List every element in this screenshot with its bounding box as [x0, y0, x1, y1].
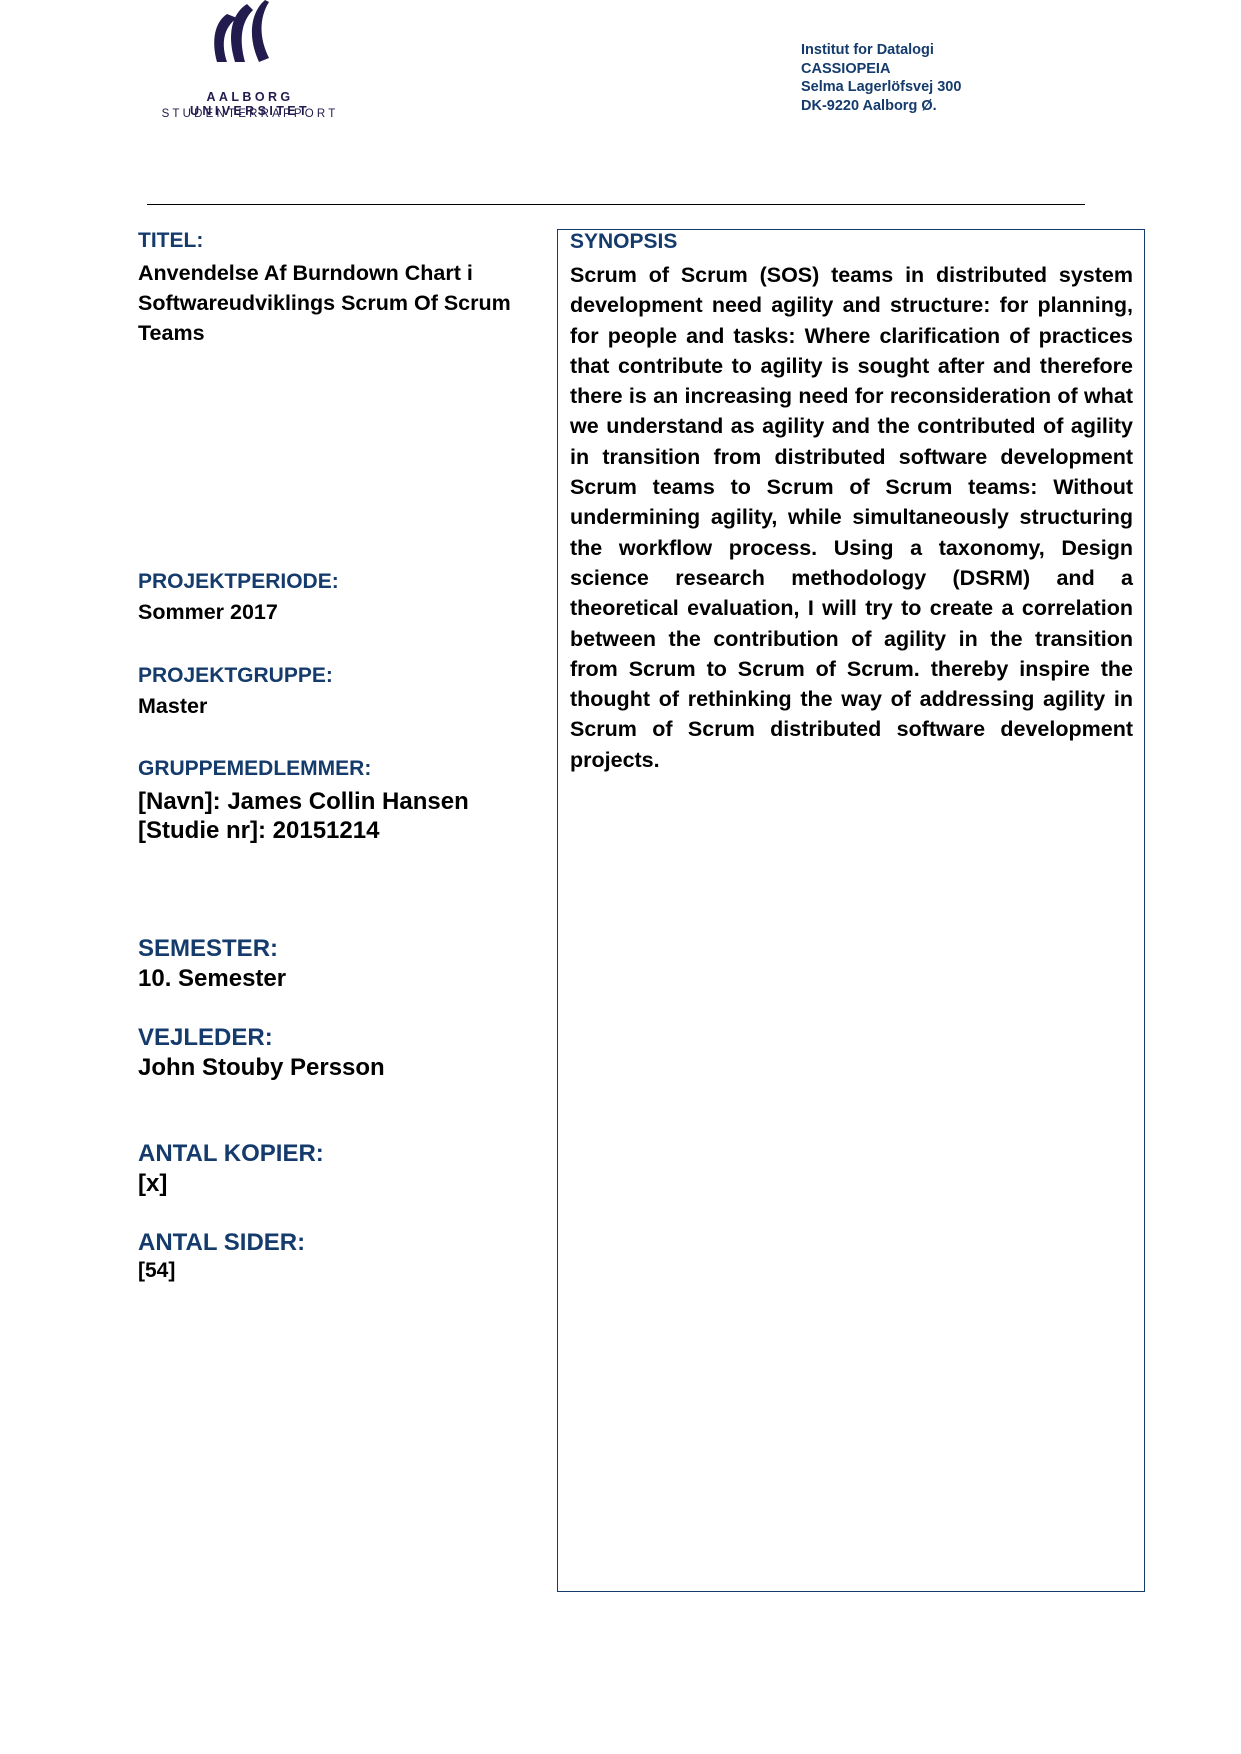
- header-divider: [147, 204, 1085, 205]
- report-type: STUDENTERRAPPORT: [150, 108, 350, 120]
- semester-value: 10. Semester: [138, 965, 286, 993]
- members-label: GRUPPEMEDLEMMER:: [138, 757, 371, 781]
- institute-address: Institut for Datalogi CASSIOPEIA Selma L…: [801, 41, 961, 115]
- group-label: PROJEKTGRUPPE:: [138, 664, 333, 688]
- address-line: Institut for Datalogi: [801, 41, 961, 60]
- address-line: Selma Lagerlöfsvej 300: [801, 78, 961, 97]
- copies-value: [x]: [138, 1170, 167, 1198]
- pages-value: [54]: [138, 1259, 175, 1283]
- period-label: PROJEKTPERIODE:: [138, 570, 339, 594]
- synopsis-label: SYNOPSIS: [570, 230, 677, 254]
- semester-label: SEMESTER:: [138, 935, 278, 963]
- aau-wave-logo-icon: [207, 0, 287, 70]
- title-label: TITEL:: [138, 229, 203, 253]
- university-logo: AALBORG UNIVERSITET STUDENTERRAPPORT: [150, 0, 350, 125]
- title-value: Anvendelse Af Burndown Chart i Softwareu…: [138, 258, 558, 348]
- member-student-number: [Studie nr]: 20151214: [138, 817, 379, 845]
- member-name: [Navn]: James Collin Hansen: [138, 788, 469, 816]
- address-line: DK-9220 Aalborg Ø.: [801, 97, 961, 116]
- supervisor-label: VEJLEDER:: [138, 1024, 273, 1052]
- address-line: CASSIOPEIA: [801, 60, 961, 79]
- copies-label: ANTAL KOPIER:: [138, 1140, 324, 1168]
- group-value: Master: [138, 694, 207, 719]
- supervisor-value: John Stouby Persson: [138, 1054, 385, 1082]
- synopsis-text: Scrum of Scrum (SOS) teams in distribute…: [570, 260, 1133, 775]
- pages-label: ANTAL SIDER:: [138, 1229, 305, 1257]
- period-value: Sommer 2017: [138, 600, 278, 625]
- synopsis-box: SYNOPSIS Scrum of Scrum (SOS) teams in d…: [557, 229, 1145, 1592]
